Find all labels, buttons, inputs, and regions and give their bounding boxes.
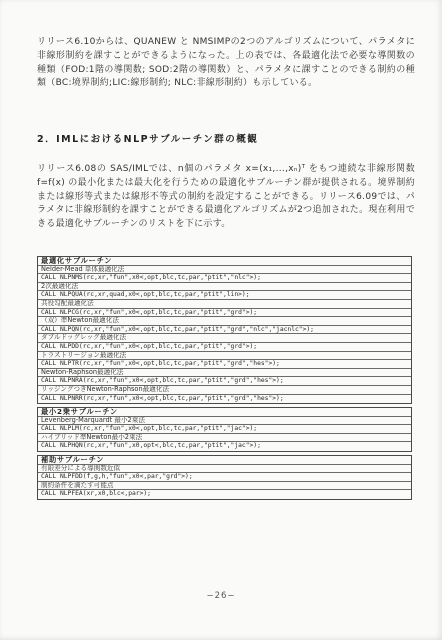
page-number: −26− [0, 591, 442, 601]
method-name: ダブルドッグレッグ最適化法 [38, 334, 411, 343]
document-page: リリース6.10からは、QUANEW と NMSIMPの2つのアルゴリズムについ… [0, 0, 442, 640]
section-title: 最小2乗サブルーチン [38, 408, 411, 417]
method-call: CALL NLPQUA(rc,xr,quad,x0<,opt,blc,tc,pa… [38, 291, 411, 300]
method-name: 2次最適化法 [38, 283, 411, 292]
method-call: CALL NLPDD(rc,xr,"fun",x0<,opt,blc,tc,pa… [38, 343, 411, 352]
method-call: CALL NLPNRA(rc,xr,"fun",x0<,opt,blc,tc,p… [38, 377, 411, 386]
method-call: CALL NLPLM(rc,xr,"fun",x0<,opt,blc,tc,pa… [38, 425, 411, 434]
section-title: 補助サブルーチン [38, 456, 411, 465]
method-name: ハイブリッド準Newton最小2乗法 [38, 434, 411, 443]
method-name: 有限差分による導関数近似 [38, 465, 411, 474]
paragraph-release-610: リリース6.10からは、QUANEW と NMSIMPの2つのアルゴリズムについ… [37, 36, 415, 91]
method-call: CALL NLPTR(rc,xr,"fun",x0<,opt,blc,tc,pa… [38, 360, 411, 369]
paragraph-release-608: リリース6.08の SAS/IMLでは、n個のパラメタ x=(x₁,...,xₙ… [37, 163, 415, 232]
method-name: （双）準Newton最適化法 [38, 317, 411, 326]
method-name: 制約条件を満たす可能点 [38, 482, 411, 491]
method-name: トラストリージョン最適化法 [38, 352, 411, 361]
method-name: 共役勾配最適化法 [38, 300, 411, 309]
section-title: 最適化サブルーチン [38, 257, 411, 266]
method-call: CALL NLPNRR(rc,xr,"fun",x0<,opt,blc,tc,p… [38, 395, 411, 404]
method-call: CALL NLPQN(rc,xr,"fun",x0<,opt,blc,tc,pa… [38, 326, 411, 335]
table-section-optimization: 最適化サブルーチン Nelder-Mead 単体最適化法 CALL NLPNMS… [37, 256, 412, 404]
table-section-auxiliary: 補助サブルーチン 有限差分による導関数近似 CALL NLPFDD(f,g,h,… [37, 455, 412, 500]
method-name: Newton-Raphson最適化法 [38, 369, 411, 378]
method-call: CALL NLPFEA(xr,x0,blc<,par>); [38, 490, 411, 499]
section-heading: 2．IMLにおけるNLPサブルーチン群の概観 [37, 131, 258, 145]
method-call: CALL NLPHQN(rc,xr,"fun",x0,opt<,blc,tc,p… [38, 442, 411, 451]
method-name: Levenberg-Marquardt 最小2乗法 [38, 417, 411, 426]
method-call: CALL NLPFDD(f,g,h,"fun",x0<,par,"grd">); [38, 473, 411, 482]
table-section-least-squares: 最小2乗サブルーチン Levenberg-Marquardt 最小2乗法 CAL… [37, 407, 412, 452]
method-name: リッジングつきNewton-Raphson最適化法 [38, 386, 411, 395]
method-name: Nelder-Mead 単体最適化法 [38, 266, 411, 275]
method-call: CALL NLPCG(rc,xr,"fun",x0<,opt,blc,tc,pa… [38, 309, 411, 318]
method-call: CALL NLPNMS(rc,xr,"fun",x0<,opt,blc,tc,p… [38, 274, 411, 283]
subroutine-table: 最適化サブルーチン Nelder-Mead 単体最適化法 CALL NLPNMS… [37, 256, 412, 503]
